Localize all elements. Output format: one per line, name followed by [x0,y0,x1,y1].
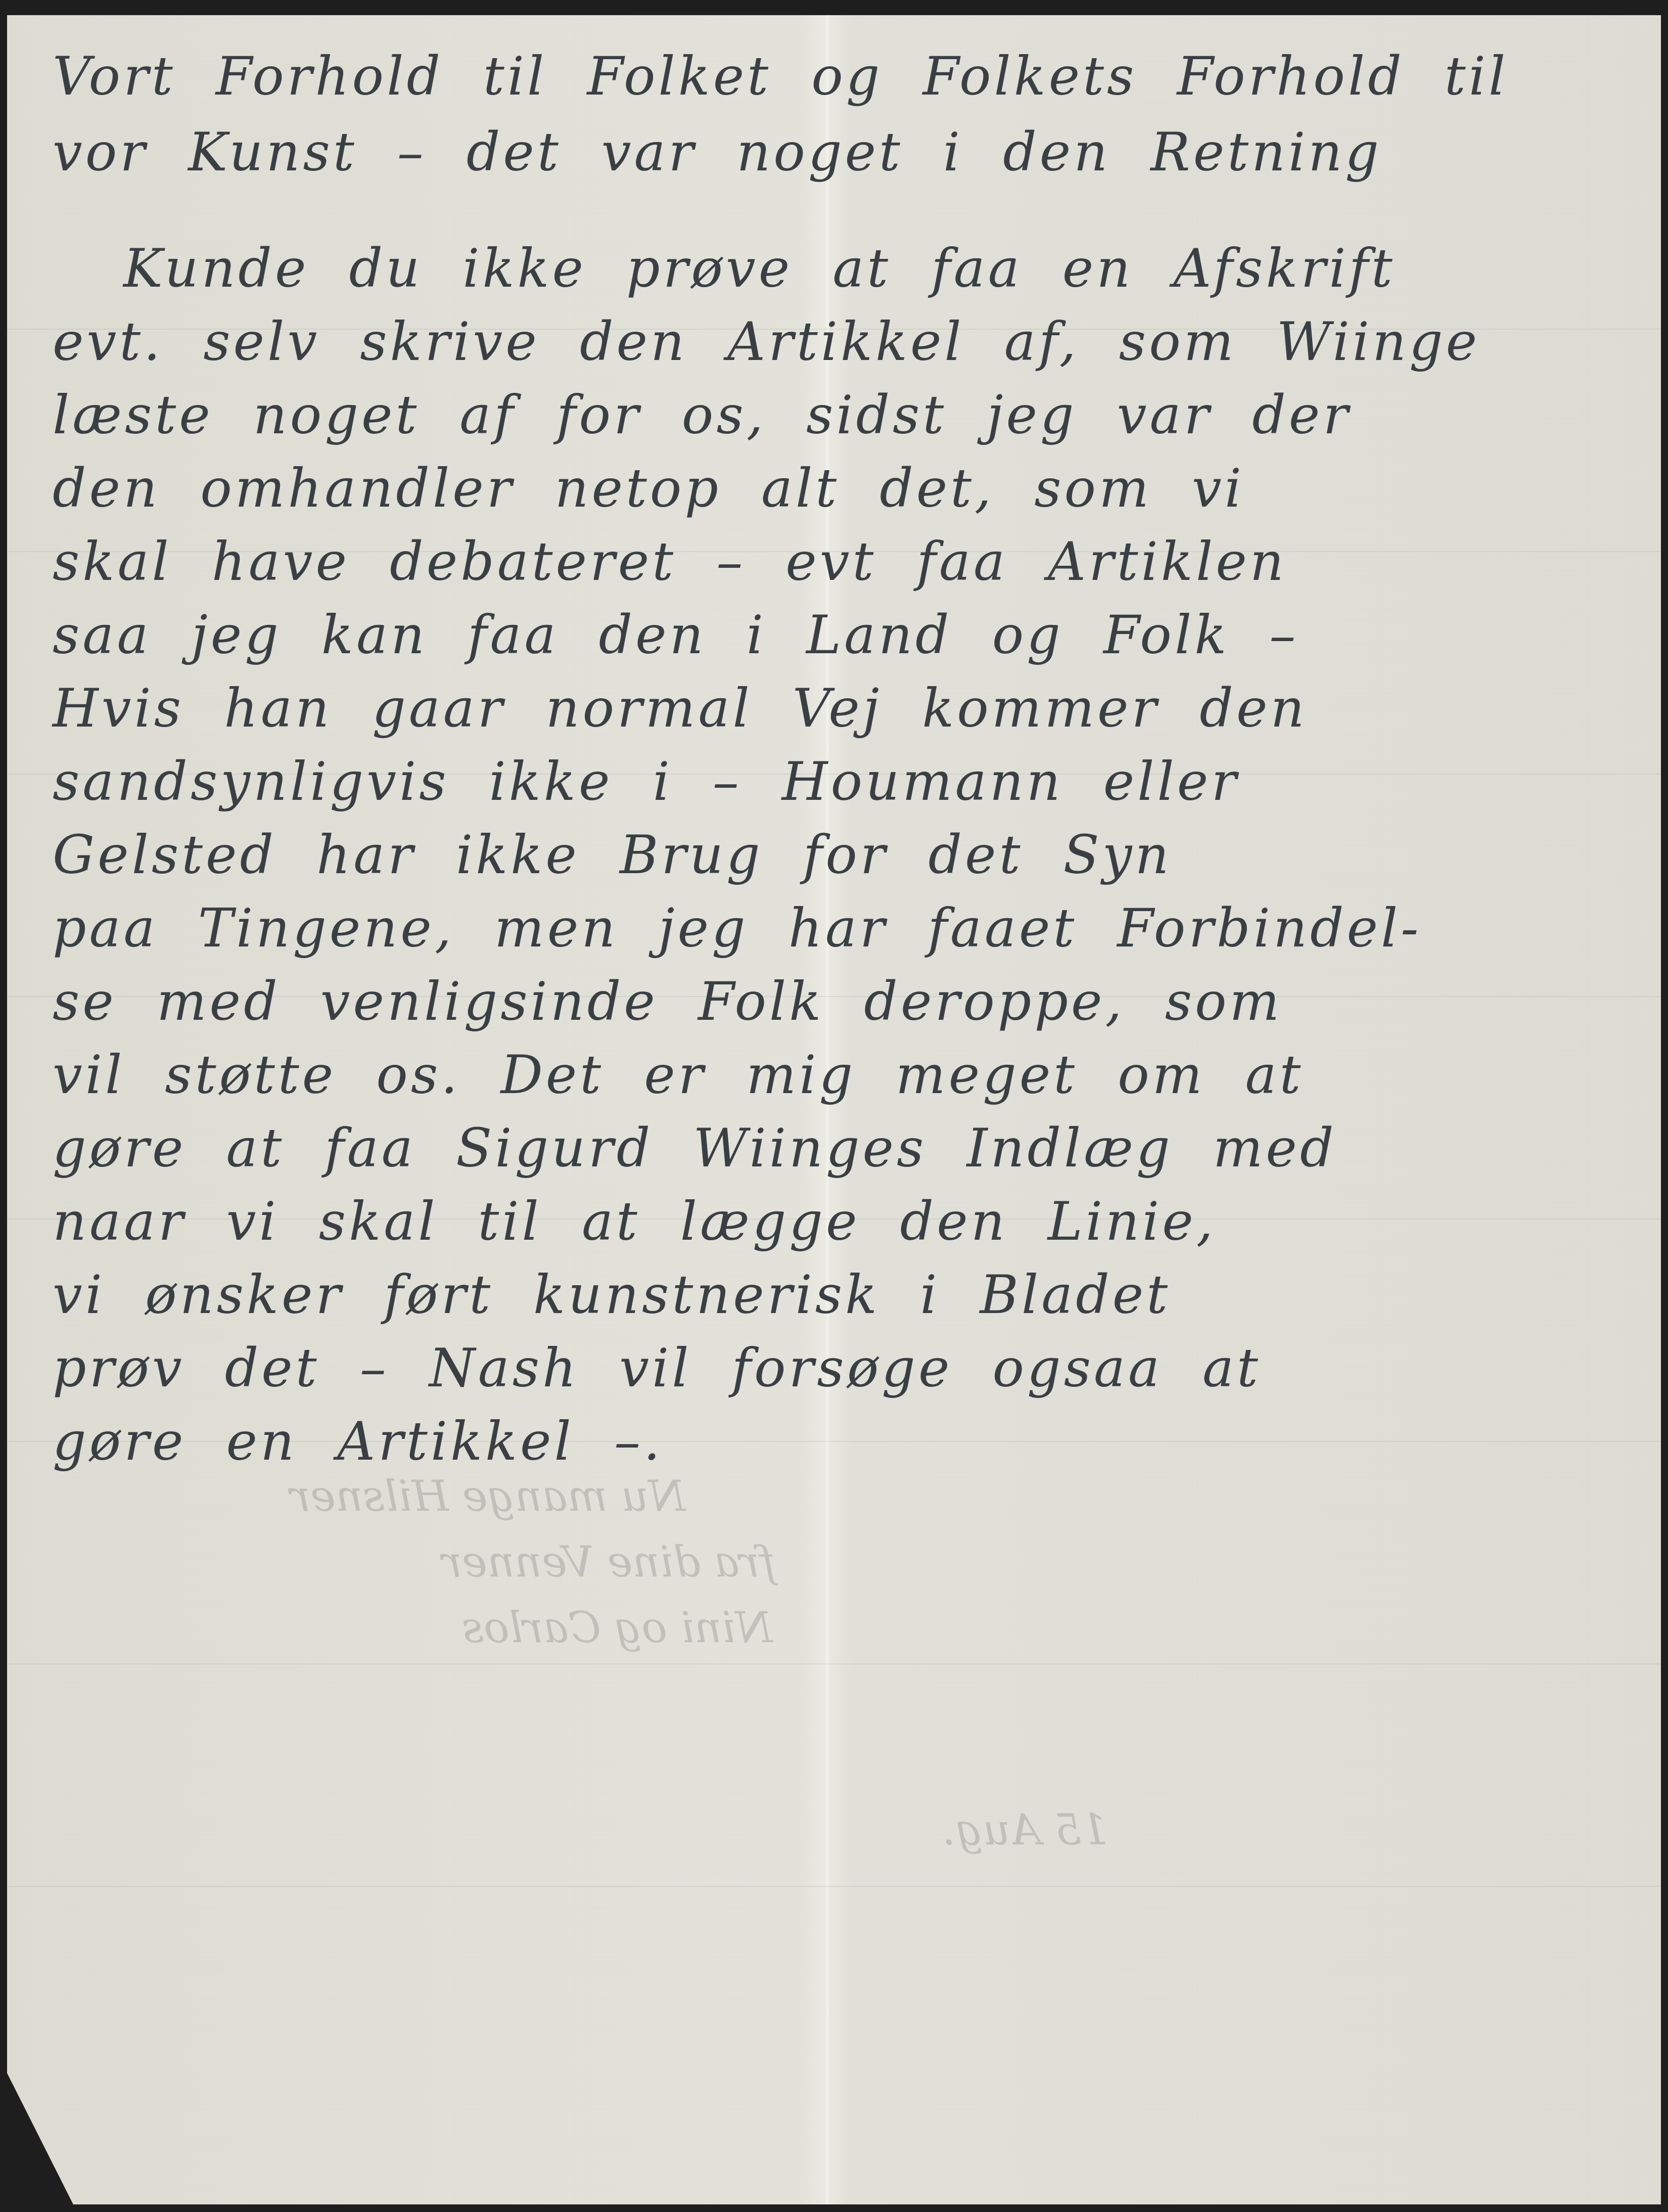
letter-page: Vort Forhold til Folket og Folkets Forho… [7,15,1661,2204]
letter-line: læste noget af for os, sidst jeg var der [53,384,1351,446]
letter-line: Kunde du ikke prøve at faa en Afskrift [123,238,1396,299]
bleed-through-text: Nini og Carlos [462,1603,772,1652]
letter-line: gøre at faa Sigurd Wiinges Indlæg med [53,1117,1336,1179]
letter-line: vi ønsker ført kunstnerisk i Bladet [53,1264,1171,1326]
letter-line: evt. selv skrive den Artikkel af, som Wi… [53,311,1480,373]
letter-line: Hvis han gaar normal Vej kommer den [53,678,1307,739]
letter-line: gøre en Artikkel –. [53,1411,663,1472]
letter-line: Gelsted har ikke Brug for det Syn [53,824,1172,886]
ruled-line [7,1663,1661,1664]
letter-line: Vort Forhold til Folket og Folkets Forho… [53,46,1508,107]
letter-line: naar vi skal til at lægge den Linie, [53,1191,1216,1252]
ruled-line [7,1886,1661,1887]
letter-line: vor Kunst – det var noget i den Retning [53,121,1382,183]
letter-line: vil støtte os. Det er mig meget om at [53,1044,1304,1106]
letter-line: saa jeg kan faa den i Land og Folk – [53,604,1299,666]
letter-line: prøv det – Nash vil forsøge ogsaa at [53,1337,1261,1399]
letter-line: se med venligsinde Folk deroppe, som [53,971,1282,1032]
letter-line: sandsynligvis ikke i – Houmann eller [53,751,1239,812]
bleed-through-text: Nu mange Hilsner [290,1471,685,1521]
letter-line: paa Tingene, men jeg har faaet Forbindel… [53,897,1421,959]
letter-line: den omhandler netop alt det, som vi [53,458,1244,519]
bleed-through-text: 15 Aug. [942,1805,1108,1855]
bleed-through-text: fra dine Venner [442,1537,775,1587]
letter-line: skal have debateret – evt faa Artiklen [53,531,1287,593]
